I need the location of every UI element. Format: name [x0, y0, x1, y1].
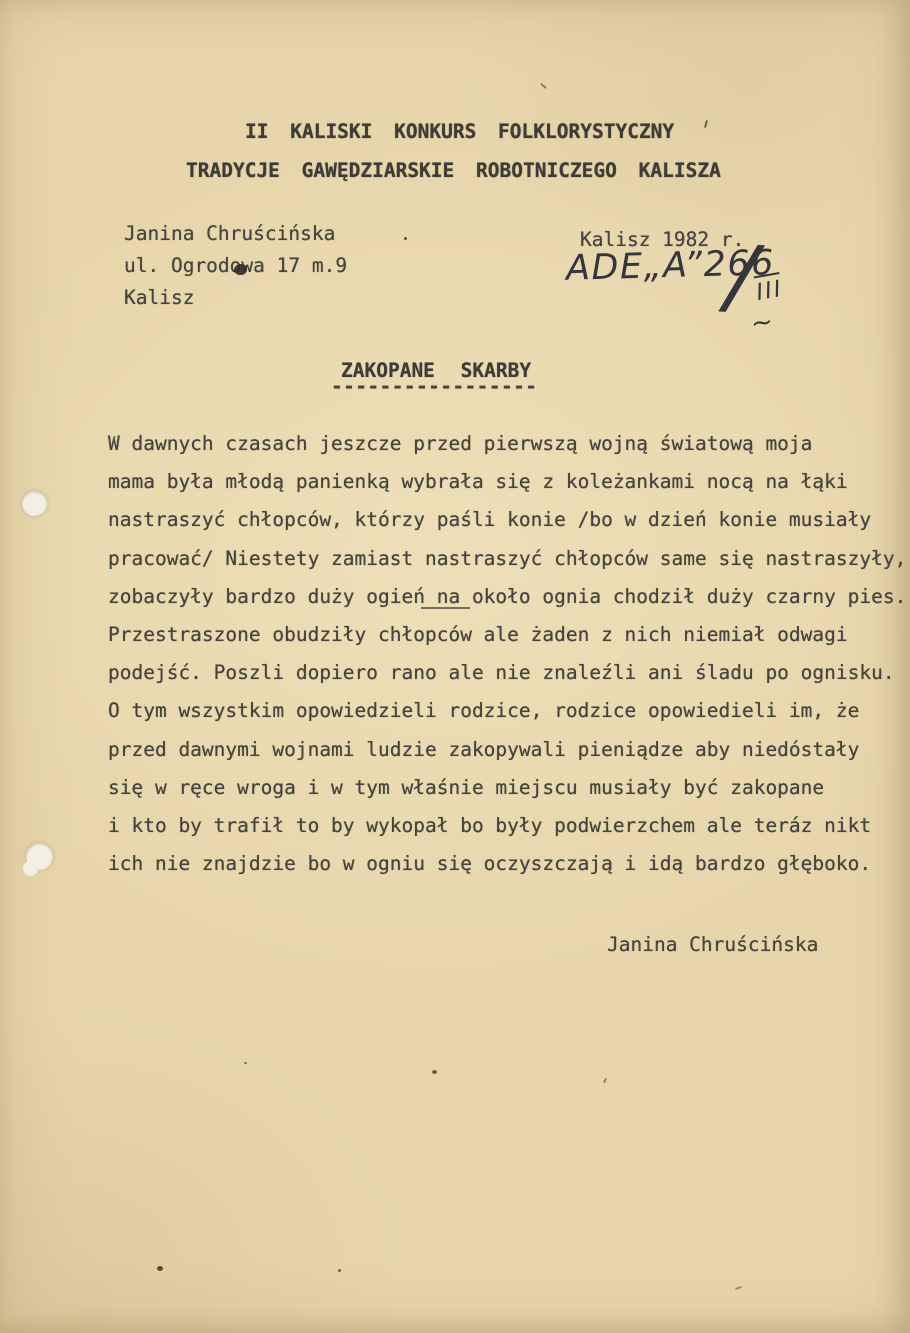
paper-speck: [540, 83, 547, 89]
paper-speck: [338, 1269, 341, 1272]
author-city: Kalisz: [124, 282, 194, 315]
paper-speck: [244, 1062, 247, 1064]
body-line: zobaczyły bardzo duży ogień na około ogn…: [108, 585, 906, 623]
punch-hole-bottom-tear: [23, 861, 38, 876]
body-line: przed dawnymi wojnami ludzie zakopywali …: [108, 738, 906, 776]
paper-speck: [157, 1266, 163, 1271]
body-line: pracować/ Niestety zamiast nastraszyć ch…: [108, 547, 906, 585]
paper-speck: [704, 120, 708, 128]
paper-speck: [603, 1078, 607, 1083]
paper-speck: [404, 237, 407, 240]
body-line: nastraszyć chłopców, którzy paśli konie …: [108, 508, 906, 546]
body-line: W dawnych czasach jeszcze przed pierwszą…: [108, 432, 906, 470]
story-body: W dawnych czasach jeszcze przed pierwszą…: [108, 432, 906, 890]
handwritten-roman-numeral: III: [754, 272, 785, 306]
body-line: ich nie znajdzie bo w ogniu się oczyszcz…: [108, 852, 906, 890]
paper-speck: [735, 1286, 742, 1290]
body-line: mama była młodą panienką wybrała się z k…: [108, 470, 906, 508]
ink-blot: [234, 264, 247, 275]
body-line: i kto by trafił to by wykopał bo były po…: [108, 814, 906, 852]
story-title-underline: -----------------: [331, 368, 537, 406]
document-title-line1: II KALISKI KONKURS FOLKLORYSTYCZNY: [245, 113, 674, 151]
punch-hole-top: [22, 491, 47, 516]
scanned-document-page: II KALISKI KONKURS FOLKLORYSTYCZNY TRADY…: [0, 0, 910, 1333]
body-line: O tym wszystkim opowiedzieli rodzice, ro…: [108, 699, 906, 737]
body-line: podejść. Poszli dopiero rano ale nie zna…: [108, 661, 906, 699]
author-name: Janina Chruścińska: [124, 218, 335, 251]
body-line: Przestraszone obudziły chłopców ale żade…: [108, 623, 906, 661]
handwritten-flourish: ~: [749, 307, 775, 340]
document-title-line2: TRADYCJE GAWĘDZIARSKIE ROBOTNICZEGO KALI…: [186, 152, 721, 190]
body-line: się w ręce wroga i w tym właśnie miejscu…: [108, 776, 906, 814]
paper-speck: [432, 1070, 437, 1074]
stray-underline-mark: [421, 607, 470, 609]
signature: Janina Chruścińska: [607, 926, 818, 964]
